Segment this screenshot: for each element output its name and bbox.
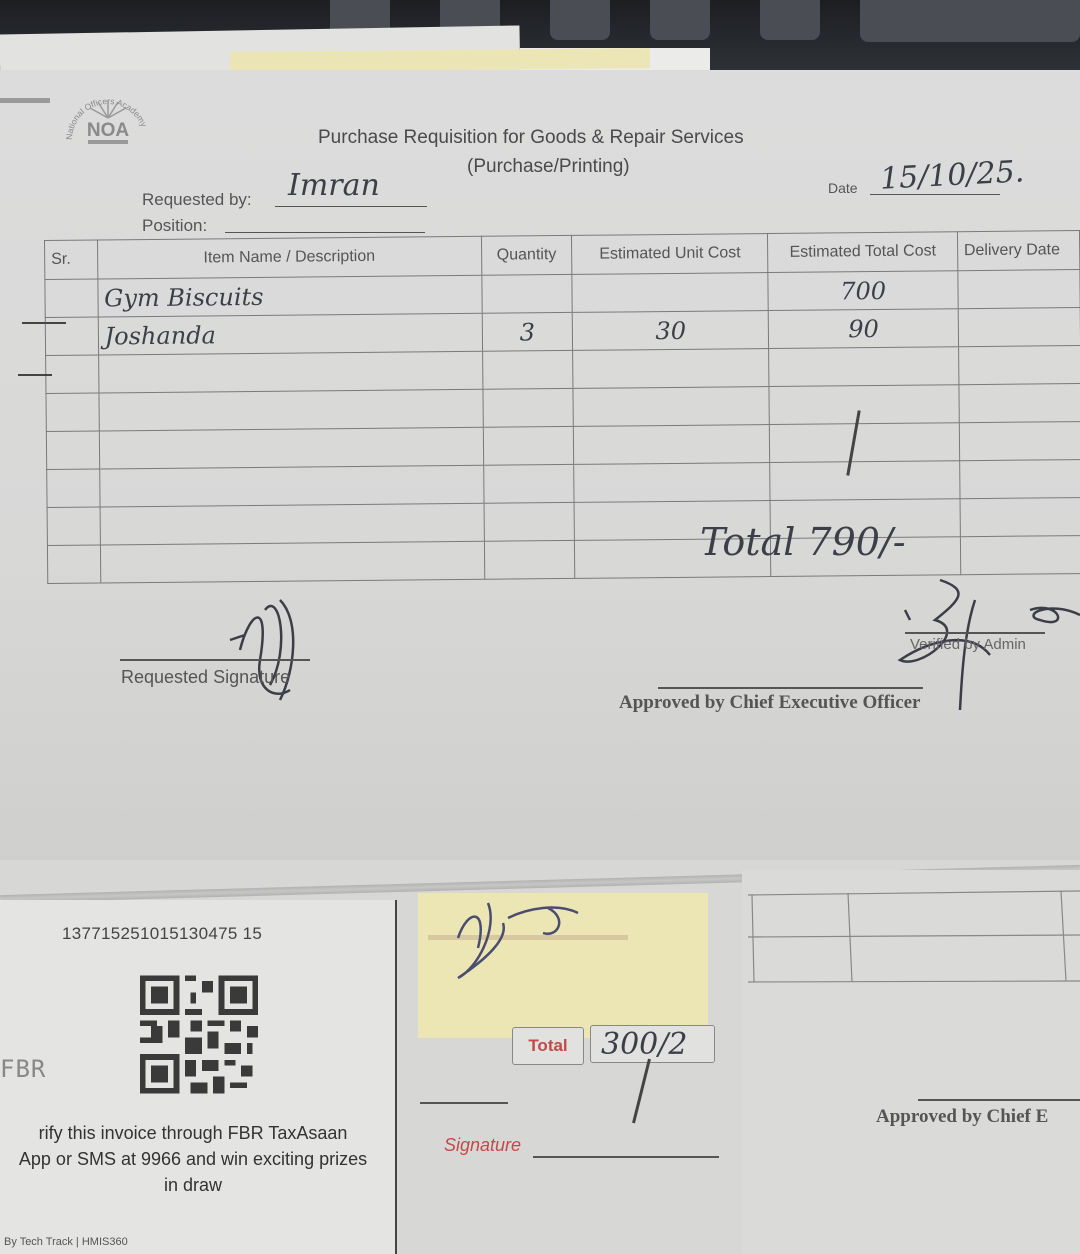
- row-tick-mark: [22, 322, 66, 324]
- cell-delivery-date[interactable]: [960, 498, 1080, 537]
- cell-item[interactable]: [98, 351, 482, 393]
- cell-unit-cost[interactable]: [572, 273, 769, 313]
- cell-item[interactable]: [100, 541, 484, 583]
- form-subtitle: (Purchase/Printing): [467, 156, 630, 178]
- ceo-signature-line[interactable]: [658, 687, 923, 689]
- cell-total-cost[interactable]: 700: [768, 271, 958, 311]
- header-delivery-date: Delivery Date: [957, 231, 1080, 271]
- cell-unit-cost[interactable]: [574, 425, 771, 465]
- approved-by-ceo-label: Approved by Chief Executive Officer: [619, 692, 921, 714]
- row-tick-mark: [18, 374, 52, 376]
- cell-total-cost[interactable]: [770, 423, 960, 463]
- requested-by-label: Requested by:: [142, 190, 252, 210]
- cell-sr[interactable]: [46, 355, 99, 394]
- receipt-byline: By Tech Track | HMIS360: [4, 1236, 128, 1248]
- cell-total-cost[interactable]: 90: [769, 309, 959, 349]
- slip-total-label: Total: [512, 1027, 584, 1065]
- date-label: Date: [828, 180, 858, 196]
- cell-sr[interactable]: [46, 393, 99, 432]
- cell-unit-cost[interactable]: [573, 349, 770, 389]
- cell-quantity[interactable]: [482, 350, 573, 389]
- cell-quantity[interactable]: 3: [482, 312, 573, 351]
- form-title: Purchase Requisition for Goods & Repair …: [318, 127, 744, 149]
- cell-sr[interactable]: [47, 507, 100, 546]
- cell-quantity[interactable]: [484, 540, 575, 579]
- cell-item[interactable]: [99, 465, 483, 507]
- cell-quantity[interactable]: [483, 426, 574, 465]
- keyboard-key: [860, 0, 1080, 42]
- cell-item[interactable]: Joshanda: [98, 313, 482, 355]
- cell-unit-cost[interactable]: [573, 387, 770, 427]
- requester-signature-icon: [220, 590, 320, 710]
- requester-signature-line[interactable]: [120, 659, 310, 661]
- tape-strip: [230, 48, 650, 72]
- cell-delivery-date[interactable]: [959, 460, 1080, 499]
- keyboard-key: [760, 0, 820, 40]
- cell-delivery-date[interactable]: [958, 270, 1080, 309]
- handwritten-total: Total 790/-: [700, 520, 906, 564]
- cell-sr[interactable]: [47, 545, 100, 584]
- verify-line-1: rify this invoice through FBR TaxAsaan: [0, 1120, 388, 1146]
- header-item: Item Name / Description: [97, 236, 481, 279]
- verified-by-admin-label: Verified by Admin: [910, 636, 1026, 653]
- cell-item[interactable]: [99, 389, 483, 431]
- cell-delivery-date[interactable]: [958, 308, 1080, 347]
- second-form-table: [748, 885, 1080, 985]
- cell-unit-cost[interactable]: 30: [572, 311, 769, 351]
- cell-total-cost[interactable]: [769, 385, 959, 425]
- cell-quantity[interactable]: [483, 464, 574, 503]
- verify-line-3: in draw: [0, 1172, 388, 1198]
- cell-delivery-date[interactable]: [959, 422, 1080, 461]
- second-ceo-signature-line[interactable]: [918, 1099, 1080, 1101]
- slip-signature-label: Signature: [444, 1135, 521, 1156]
- cell-sr[interactable]: [47, 469, 100, 508]
- slip-signature-line[interactable]: [533, 1156, 719, 1158]
- header-total-cost: Estimated Total Cost: [768, 232, 958, 273]
- cell-quantity[interactable]: [483, 388, 574, 427]
- header-sr: Sr.: [45, 240, 98, 280]
- cell-item[interactable]: [99, 427, 483, 469]
- slip-line: [420, 1102, 508, 1104]
- second-approved-label: Approved by Chief E: [876, 1106, 1048, 1128]
- edge-mark: [0, 98, 50, 103]
- cell-item[interactable]: Gym Biscuits: [98, 275, 482, 317]
- header-unit-cost: Estimated Unit Cost: [572, 234, 769, 275]
- keyboard-key: [550, 0, 610, 40]
- cell-quantity[interactable]: [484, 502, 575, 541]
- items-table: Sr. Item Name / Description Quantity Est…: [44, 230, 1080, 584]
- cell-delivery-date[interactable]: [958, 346, 1080, 385]
- cell-total-cost[interactable]: [769, 347, 959, 387]
- position-field[interactable]: [225, 232, 425, 233]
- logo-text: NOA: [87, 120, 130, 141]
- slip-total-field[interactable]: 300/2: [590, 1025, 715, 1063]
- requested-signature-label: Requested Signature: [121, 667, 290, 688]
- yellow-slip: [418, 893, 708, 1038]
- cell-sr[interactable]: [45, 279, 98, 318]
- requested-by-underline: [275, 206, 427, 207]
- header-quantity: Quantity: [481, 235, 572, 275]
- cell-unit-cost[interactable]: [574, 463, 771, 503]
- invoice-number: 137715251015130475 15: [62, 924, 262, 944]
- admin-signature-line[interactable]: [905, 632, 1045, 634]
- fbr-logo: FBR: [0, 1055, 46, 1083]
- position-label: Position:: [142, 216, 207, 236]
- qr-code-icon: [140, 972, 258, 1097]
- verify-invoice-text: rify this invoice through FBR TaxAsaan A…: [0, 1120, 388, 1198]
- noa-logo-icon: National Officers Academy NOA: [60, 70, 155, 150]
- cell-quantity[interactable]: [481, 274, 572, 313]
- cell-item[interactable]: [100, 503, 484, 545]
- requested-by-field[interactable]: Imran: [288, 168, 380, 203]
- keyboard-key: [650, 0, 710, 40]
- cell-total-cost[interactable]: [770, 461, 960, 501]
- cell-sr[interactable]: [46, 431, 99, 470]
- cell-delivery-date[interactable]: [959, 384, 1080, 423]
- date-underline: [870, 194, 1000, 195]
- slip-signature-icon: [448, 898, 588, 983]
- verify-line-2: App or SMS at 9966 and win exciting priz…: [0, 1146, 388, 1172]
